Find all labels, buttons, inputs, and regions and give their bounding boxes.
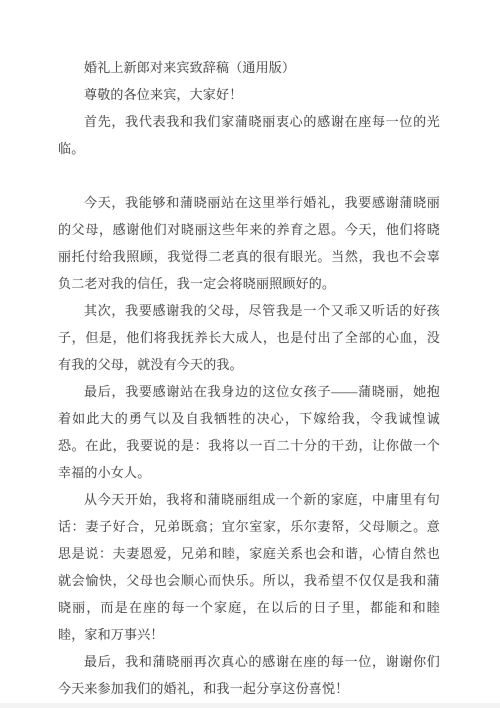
paragraph-blank-line: [58, 162, 440, 189]
document-title: 婚礼上新郎对来宾致辞稿（通用版）: [58, 54, 440, 81]
paragraph-thanks-bride: 最后，我要感谢站在我身边的这位女孩子——蒲晓丽，她抱着如此大的勇气以及自我牺牲的…: [58, 378, 440, 486]
paragraph-thanks-bride-parents: 今天，我能够和蒲晓丽站在这里举行婚礼，我要感谢蒲晓丽的父母，感谢他们对晓丽这些年…: [58, 189, 440, 297]
page-bottom-edge: [0, 703, 500, 708]
speech-document: 婚礼上新郎对来宾致辞稿（通用版） 尊敬的各位来宾，大家好！ 首先，我代表我和我们…: [58, 54, 440, 702]
paragraph-opening-thanks: 首先，我代表我和我们家蒲晓丽衷心的感谢在座每一位的光临。: [58, 108, 440, 162]
document-page: 婚礼上新郎对来宾致辞稿（通用版） 尊敬的各位来宾，大家好！ 首先，我代表我和我们…: [0, 0, 500, 708]
paragraph-greeting: 尊敬的各位来宾，大家好！: [58, 81, 440, 108]
paragraph-thanks-own-parents: 其次，我要感谢我的父母，尽管我是一个又乖又听话的好孩子，但是，他们将我抚养长大成…: [58, 297, 440, 378]
paragraph-new-family-wish: 从今天开始，我将和蒲晓丽组成一个新的家庭，中庸里有句话：妻子好合，兄弟既翕；宜尔…: [58, 486, 440, 648]
paragraph-closing-thanks: 最后，我和蒲晓丽再次真心的感谢在座的每一位，谢谢你们今天来参加我们的婚礼，和我一…: [58, 648, 440, 702]
